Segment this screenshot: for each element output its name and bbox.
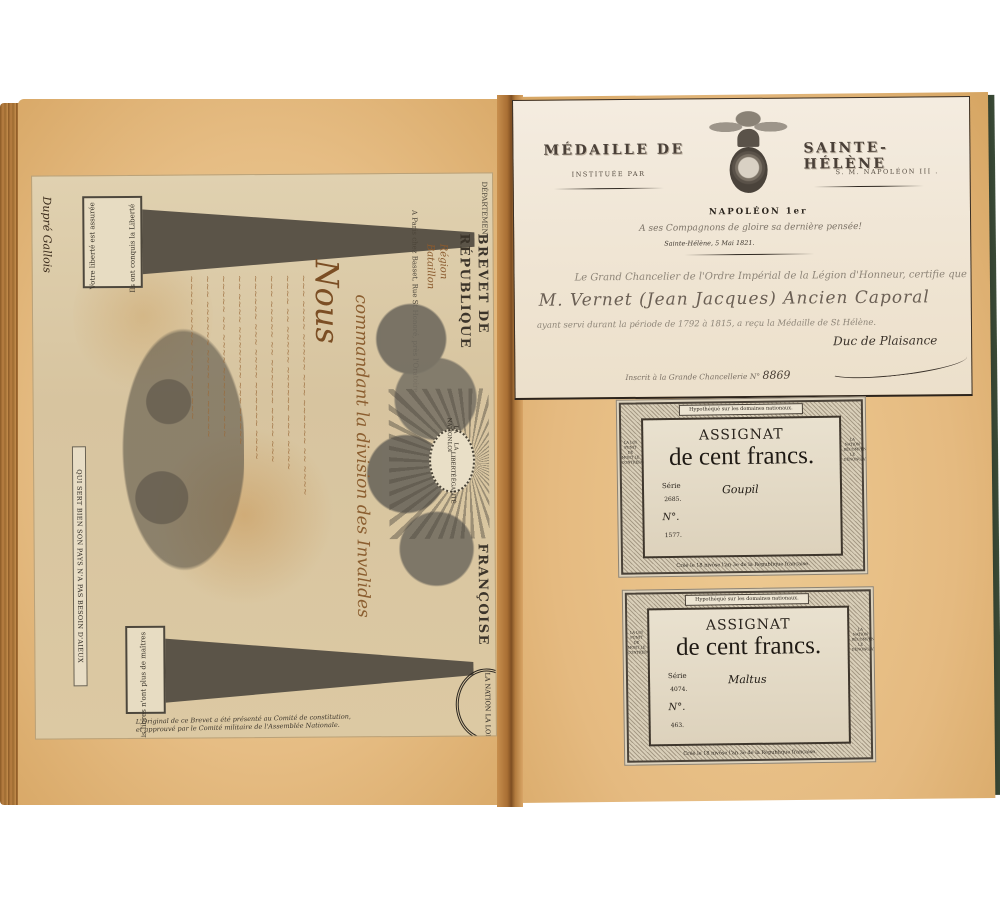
medal-icon <box>703 101 794 200</box>
department-label: DÉPARTEMENT <box>480 181 488 239</box>
medal-portrait <box>729 147 767 193</box>
divider <box>684 253 814 255</box>
assignat-side-text: LA LOI PUNIT DE MORT LE CONTREFACTEUR <box>621 440 640 520</box>
obelisk-plaque-top: Votre liberté est assurée Ils ont conqui… <box>82 196 143 288</box>
script-line: commandant la division des Invalides <box>351 294 373 618</box>
note-number: 463. <box>671 722 684 729</box>
certification-line: Le Grand Chancelier de l'Ordre Impérial … <box>575 269 967 283</box>
serie-label: Série <box>668 672 687 680</box>
crown-icon <box>737 129 759 147</box>
assignat-signature: Goupil <box>722 483 759 497</box>
assignat-banknote: Hypothéqué sur les domaines nationaux. L… <box>616 396 868 577</box>
recipient-name: M. Vernet (Jean Jacques) Ancien Caporal <box>539 287 930 310</box>
motto-ribbon: QUI SERT BIEN SON PAYS N'A PAS BESOIN D'… <box>72 446 88 686</box>
number-label: N°. <box>668 702 685 713</box>
place-date: Sainte-Hélène, 5 Mai 1821. <box>664 239 754 248</box>
assignat-amount: de cent francs. <box>643 442 839 473</box>
certificate-body-text: ~~~ ~~~~ ~~~~~ ~~~ ~~~~~~ ~~ ~~~~~~~~ ~~… <box>183 275 313 606</box>
assignat-banknote: Hypothéqué sur les domaines nationaux. L… <box>622 586 876 766</box>
motto-text: QUI SERT BIEN SON PAYS N'A PAS BESOIN D'… <box>73 447 87 685</box>
brevet-certificate: Votre liberté est assurée Ils ont conqui… <box>31 172 497 739</box>
signature-flourish <box>827 346 969 384</box>
certificate-title-line2: RÉPUBLIQUE <box>456 234 472 350</box>
inscription-number: 8869 <box>762 369 790 382</box>
divider <box>814 185 924 187</box>
sun-medallion-text: LA NATION LA LOI LIBERTÉ ÉGALITÉ <box>431 431 473 491</box>
assignat-amount: de cent francs. <box>649 632 847 663</box>
number-label: N°. <box>662 512 679 523</box>
assignat-banner: Hypothéqué sur les domaines nationaux. <box>679 403 803 416</box>
obelisk-engraving-bottom <box>153 636 473 704</box>
inscription-line: Inscrit à la Grande Chancellerie N° 8869 <box>625 369 790 383</box>
official-stamp: LA NATION LA LOI <box>455 668 496 739</box>
medaille-title-left: MÉDAILLE DE <box>543 141 684 158</box>
certificate-title-line1: BREVET DE <box>474 233 490 334</box>
footer-note: L'Original de ce Brevet a été présenté a… <box>136 713 352 735</box>
assignat-side-text: LA NATION RÉCOMPENSE LE DÉNONCIATEUR <box>851 627 870 707</box>
note-number: 1577. <box>665 532 682 539</box>
chancellor-signature: Duc de Plaisance <box>833 333 937 348</box>
salutation: Nous <box>308 259 347 344</box>
assignat-side-text: LA NATION RÉCOMPENSE LE DÉNONCIATEUR <box>843 437 862 517</box>
serie-number: 4074. <box>670 686 687 693</box>
photo-scene: Votre liberté est assurée Ils ont conqui… <box>0 0 1000 900</box>
certificate-title-line3: FRANÇOISE <box>475 543 491 646</box>
medaille-sainte-helene-certificate: MÉDAILLE DE SAINTE-HÉLÈNE INSTITUÉE PAR … <box>512 96 973 400</box>
assignat-center-panel: ASSIGNAT de cent francs. Série 4074. N°.… <box>647 606 851 747</box>
medaille-subtitle-left: INSTITUÉE PAR <box>572 170 646 179</box>
assignat-center-panel: ASSIGNAT de cent francs. Série 2685. N°.… <box>641 416 843 559</box>
serie-number: 2685. <box>664 496 681 503</box>
assignat-banner: Hypothéqué sur les domaines nationaux. <box>685 593 809 606</box>
left-margin-signature: Dupré Gallois <box>40 196 54 272</box>
field-region: Région <box>438 244 449 280</box>
assignat-signature: Maltus <box>728 673 767 687</box>
dedication-quote: A ses Compagnons de gloire sa dernière p… <box>639 222 862 234</box>
stamp-text: LA NATION LA LOI <box>483 672 491 736</box>
obelisk-plaque-bottom: Les Français libres n'ont plus de maître… <box>125 626 166 714</box>
service-period-line: ayant servi durant la période de 1792 à … <box>537 318 876 331</box>
plaque-text: Votre liberté est assurée <box>88 202 97 289</box>
medaille-subtitle-right: S. M. NAPOLÉON III . <box>836 167 939 176</box>
assignat-side-text: LA LOI PUNIT DE MORT LE CONTREFACTEUR <box>627 630 646 710</box>
field-bataillon: Bataillon <box>425 244 436 289</box>
serie-label: Série <box>662 482 681 490</box>
plaque-caption: Ils ont conquis la Liberté <box>128 204 137 293</box>
sun-medallion: LA NATION LA LOI LIBERTÉ ÉGALITÉ <box>429 429 475 493</box>
emperor-name: NAPOLÉON 1er <box>709 206 808 217</box>
divider <box>554 188 664 190</box>
